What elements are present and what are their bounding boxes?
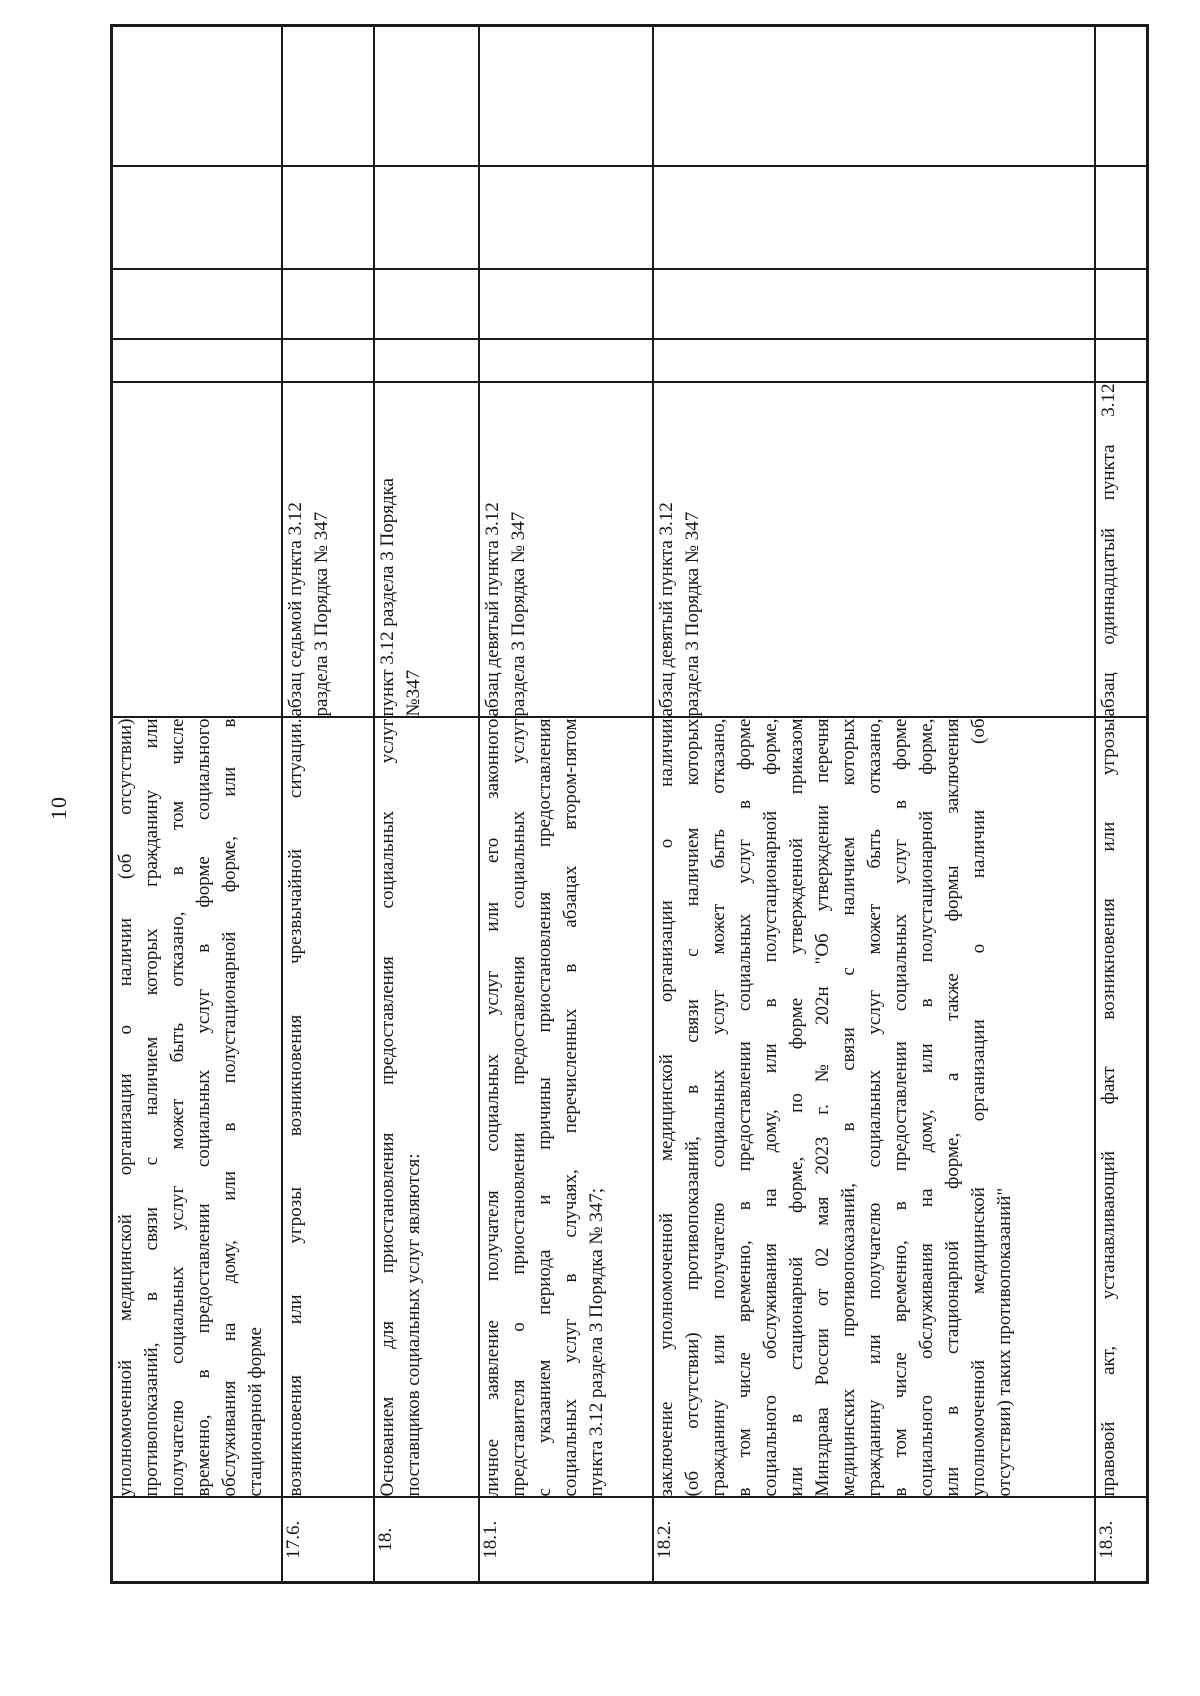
text-line: социального обслуживания на дому, или в … xyxy=(758,719,784,1497)
empty-cell xyxy=(1095,167,1148,270)
row-number-cell xyxy=(112,1498,283,1583)
empty-cell xyxy=(282,26,374,167)
text-line: раздела 3 Порядка № 347 xyxy=(680,384,706,717)
row-number-cell: 18.3. xyxy=(1095,1498,1148,1583)
text-line: обслуживания на дому, или в полустациона… xyxy=(217,719,243,1497)
empty-cell xyxy=(374,270,479,340)
empty-cell xyxy=(112,26,283,167)
text-line: №347 xyxy=(401,384,427,717)
text-line: отсутствии) таких противопоказаний" xyxy=(992,719,1018,1497)
content-cell: уполномоченной медицинской организации о… xyxy=(112,718,283,1498)
table-row: уполномоченной медицинской организации о… xyxy=(112,26,283,1583)
text-line: возникновения или угрозы возникновения ч… xyxy=(283,719,309,1497)
text-line: раздела 3 Порядка № 347 xyxy=(309,384,335,717)
page-number: 10 xyxy=(46,765,72,851)
text-line: Основанием для приостановления предостав… xyxy=(375,719,401,1497)
empty-cell xyxy=(374,340,479,383)
empty-cell xyxy=(112,167,283,270)
text-line: гражданину или получателю социальных усл… xyxy=(706,719,732,1497)
table-row: 18.Основанием для приостановления предос… xyxy=(374,26,479,1583)
text-line: уполномоченной медицинской организации о… xyxy=(113,719,139,1497)
empty-cell xyxy=(479,26,653,167)
text-line: противопоказаний, в связи с наличием кот… xyxy=(139,719,165,1497)
empty-cell xyxy=(1095,270,1148,340)
row-number-cell: 18. xyxy=(374,1498,479,1583)
text-line: гражданину или получателю социальных усл… xyxy=(862,719,888,1497)
text-line: временно, в предоставлении социальных ус… xyxy=(191,719,217,1497)
text-line: в том числе временно, в предоставлении с… xyxy=(732,719,758,1497)
text-line: социальных услуг в случаях, перечисленны… xyxy=(558,719,584,1497)
text-line: с указанием периода и причины приостанов… xyxy=(532,719,558,1497)
scanned-page: 10 уполномоченной медицинской организаци… xyxy=(0,0,1200,1696)
reference-cell: абзац седьмой пункта 3.12раздела 3 Поряд… xyxy=(282,383,374,718)
empty-cell xyxy=(282,340,374,383)
reference-cell: пункт 3.12 раздела 3 Порядка№347 xyxy=(374,383,479,718)
reference-cell: абзац девятый пункта 3.12раздела 3 Поряд… xyxy=(653,383,1095,718)
text-line: социального обслуживания на дому, или в … xyxy=(914,719,940,1497)
empty-cell xyxy=(374,26,479,167)
text-line: поставщиков социальных услуг являются: xyxy=(401,719,427,1497)
content-cell: Основанием для приостановления предостав… xyxy=(374,718,479,1498)
text-line: абзац девятый пункта 3.12 xyxy=(480,384,506,717)
text-line: стационарной форме xyxy=(243,719,269,1497)
text-line: личное заявление получателя социальных у… xyxy=(480,719,506,1497)
empty-cell xyxy=(112,340,283,383)
document-table: уполномоченной медицинской организации о… xyxy=(110,24,1149,1584)
text-line: абзац девятый пункта 3.12 xyxy=(654,384,680,717)
empty-cell xyxy=(374,167,479,270)
content-cell: правовой акт, устанавливающий факт возни… xyxy=(1095,718,1148,1498)
empty-cell xyxy=(479,167,653,270)
empty-cell xyxy=(653,340,1095,383)
text-line: или в стационарной форме, а также формы … xyxy=(940,719,966,1497)
text-line: раздела 3 Порядка № 347 xyxy=(506,384,532,717)
landscape-sheet: 10 уполномоченной медицинской организаци… xyxy=(0,0,1200,1696)
empty-cell xyxy=(282,167,374,270)
row-number-cell: 18.1. xyxy=(479,1498,653,1583)
text-line: в том числе временно, в предоставлении с… xyxy=(888,719,914,1497)
empty-cell xyxy=(112,270,283,340)
table-row: 18.2.заключение уполномоченной медицинск… xyxy=(653,26,1095,1583)
reference-cell: абзац одиннадцатый пункта 3.12 xyxy=(1095,383,1148,718)
content-cell: заключение уполномоченной медицинской ор… xyxy=(653,718,1095,1498)
content-cell: возникновения или угрозы возникновения ч… xyxy=(282,718,374,1498)
text-line: Минздрава России от 02 мая 2023 г. № 202… xyxy=(810,719,836,1497)
text-line: абзац седьмой пункта 3.12 xyxy=(283,384,309,717)
row-number-cell: 17.6. xyxy=(282,1498,374,1583)
content-cell: личное заявление получателя социальных у… xyxy=(479,718,653,1498)
reference-cell: абзац девятый пункта 3.12раздела 3 Поряд… xyxy=(479,383,653,718)
text-line: получателю социальных услуг может быть о… xyxy=(165,719,191,1497)
text-line: медицинских противопоказаний, в связи с … xyxy=(836,719,862,1497)
row-number-cell: 18.2. xyxy=(653,1498,1095,1583)
empty-cell xyxy=(479,340,653,383)
text-line: пункта 3.12 раздела 3 Порядка № 347; xyxy=(584,719,610,1497)
empty-cell xyxy=(282,270,374,340)
text-line: уполномоченной медицинской организации о… xyxy=(966,719,992,1497)
table-row: 18.3.правовой акт, устанавливающий факт … xyxy=(1095,26,1148,1583)
empty-cell xyxy=(1095,340,1148,383)
table-row: 18.1.личное заявление получателя социаль… xyxy=(479,26,653,1583)
empty-cell xyxy=(479,270,653,340)
text-line: абзац одиннадцатый пункта 3.12 xyxy=(1096,384,1122,717)
empty-cell xyxy=(653,26,1095,167)
text-line: заключение уполномоченной медицинской ор… xyxy=(654,719,680,1497)
empty-cell xyxy=(653,167,1095,270)
text-line: пункт 3.12 раздела 3 Порядка xyxy=(375,384,401,717)
reference-cell xyxy=(112,383,283,718)
empty-cell xyxy=(653,270,1095,340)
text-line: или в стационарной форме, по форме утвер… xyxy=(784,719,810,1497)
text-line: правовой акт, устанавливающий факт возни… xyxy=(1096,719,1122,1497)
table-row: 17.6.возникновения или угрозы возникнове… xyxy=(282,26,374,1583)
text-line: (об отсутствии) противопоказаний, в связ… xyxy=(680,719,706,1497)
text-line: представителя о приостановлении предоста… xyxy=(506,719,532,1497)
empty-cell xyxy=(1095,26,1148,167)
